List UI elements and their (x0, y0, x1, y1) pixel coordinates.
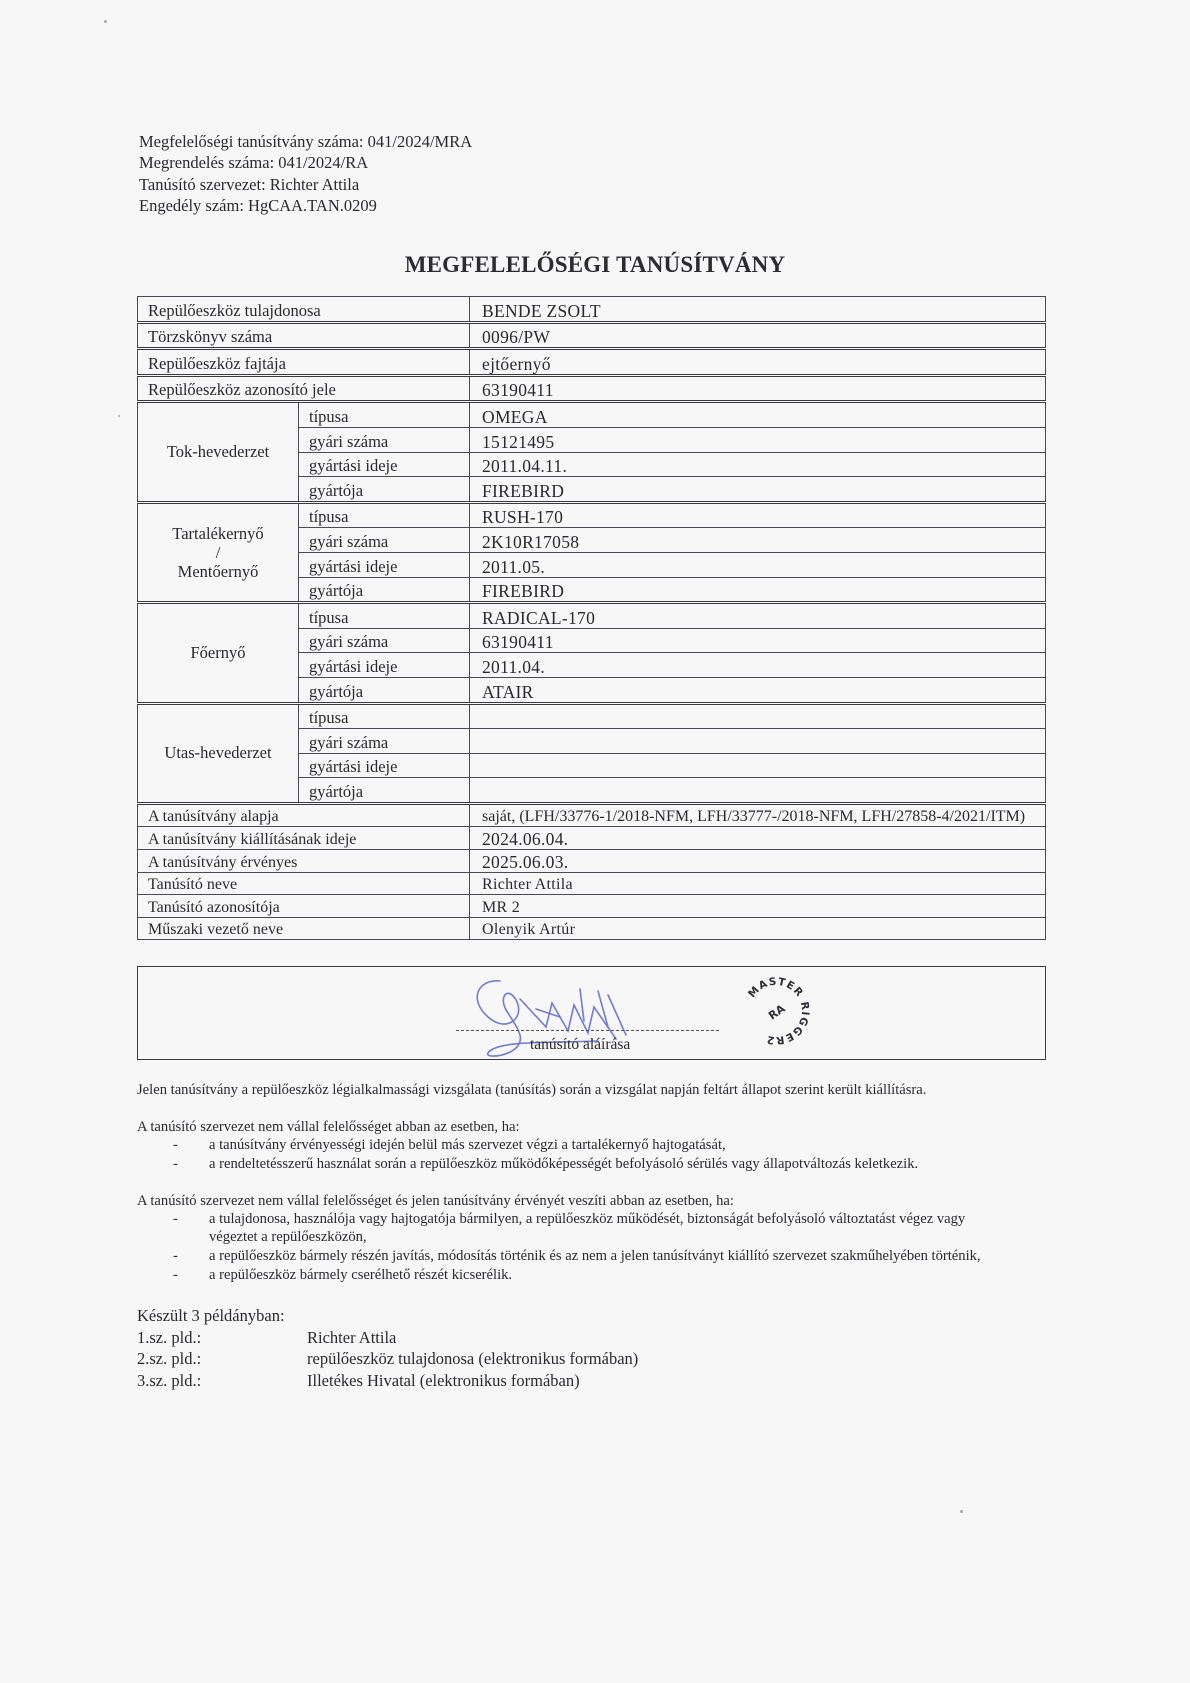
copy-label: 1.sz. pld.: (137, 1327, 201, 1349)
section-reserve-line3: Mentőernyő (138, 562, 298, 581)
table-row: Tok-hevederzet típusa OMEGA (138, 402, 1046, 428)
sub-label-type: típusa (299, 502, 470, 528)
copy-recipient: Illetékes Hivatal (elektronikus formában… (307, 1370, 580, 1392)
certificate-number: Megfelelőségi tanúsítvány száma: 041/202… (139, 131, 472, 152)
sub-label-serial: gyári száma (299, 427, 470, 452)
section-passenger-harness: Utas-hevederzet (138, 703, 299, 803)
aircraft-type-label: Repülőeszköz fajtája (138, 349, 470, 376)
registry-value: 0096/PW (470, 322, 1046, 349)
registry-label: Törzskönyv száma (138, 322, 470, 349)
certificate-table: Repülőeszköz tulajdonosa BENDE ZSOLT Tör… (137, 296, 1046, 940)
table-row: A tanúsítvány alapja saját, (LFH/33776-1… (138, 803, 1046, 827)
table-row: Repülőeszköz azonosító jele 63190411 (138, 375, 1046, 402)
bullet-dash-icon: - (173, 1155, 178, 1173)
sub-label-date: gyártási ideje (299, 452, 470, 477)
sub-label-manufacturer: gyártója (299, 477, 470, 503)
harness-date: 2011.04.11. (470, 452, 1046, 477)
section-main-canopy: Főernyő (138, 603, 299, 703)
sub-label-manufacturer: gyártója (299, 778, 470, 804)
passenger-serial (470, 729, 1046, 754)
reserve-manufacturer: FIREBIRD (470, 577, 1046, 603)
certificate-header: Megfelelőségi tanúsítvány száma: 041/202… (139, 131, 472, 216)
table-row: Utas-hevederzet típusa (138, 703, 1046, 729)
reserve-type: RUSH-170 (470, 502, 1046, 528)
sub-label-type: típusa (299, 603, 470, 629)
sub-label-date: gyártási ideje (299, 653, 470, 678)
section-reserve: Tartalékernyő / Mentőernyő (138, 502, 299, 602)
table-row: Műszaki vezető neve Olenyik Artúr (138, 917, 1046, 940)
bullet-dash-icon: - (173, 1136, 178, 1154)
passenger-date (470, 753, 1046, 778)
certifier-id-label: Tanúsító azonosítója (138, 895, 470, 918)
sub-label-date: gyártási ideje (299, 552, 470, 577)
sub-label-serial: gyári száma (299, 729, 470, 754)
valid-label: A tanúsítvány érvényes (138, 850, 470, 873)
scan-speck (104, 20, 107, 23)
certifier-name-label: Tanúsító neve (138, 872, 470, 895)
copy-recipient: Richter Attila (307, 1327, 396, 1349)
table-row: Tanúsító neve Richter Attila (138, 872, 1046, 895)
aircraft-type-value: ejtőernyő (470, 349, 1046, 376)
signature-box: tanúsító aláírása MASTER RIGGER2 RA (137, 966, 1046, 1060)
statement-paragraph: Jelen tanúsítvány a repülőeszköz légialk… (137, 1081, 926, 1099)
section-reserve-line1: Tartalékernyő (138, 524, 298, 543)
document-title: MEGFELELŐSÉGI TANÚSÍTVÁNY (0, 252, 1190, 278)
main-manufacturer: ATAIR (470, 677, 1046, 703)
issued-value: 2024.06.04. (470, 827, 1046, 850)
aircraft-id-label: Repülőeszköz azonosító jele (138, 375, 470, 402)
disclaimer1-intro: A tanúsító szervezet nem vállal felelőss… (137, 1118, 520, 1136)
passenger-manufacturer (470, 778, 1046, 804)
section-reserve-line2: / (138, 543, 298, 562)
sub-label-serial: gyári száma (299, 528, 470, 553)
table-row: Tartalékernyő / Mentőernyő típusa RUSH-1… (138, 502, 1046, 528)
license-number: Engedély szám: HgCAA.TAN.0209 (139, 195, 472, 216)
sub-label-type: típusa (299, 703, 470, 729)
table-row: Törzskönyv száma 0096/PW (138, 322, 1046, 349)
sub-label-serial: gyári száma (299, 628, 470, 653)
aircraft-id-value: 63190411 (470, 375, 1046, 402)
table-row: A tanúsítvány érvényes 2025.06.03. (138, 850, 1046, 873)
bullet-dash-icon: - (173, 1210, 178, 1228)
issued-label: A tanúsítvány kiállításának ideje (138, 827, 470, 850)
bullet-dash-icon: - (173, 1247, 178, 1265)
master-rigger-stamp-icon: MASTER RIGGER2 RA (738, 973, 814, 1049)
certifier-id-value: MR 2 (470, 895, 1046, 918)
certifier-name-value: Richter Attila (470, 872, 1046, 895)
sub-label-manufacturer: gyártója (299, 677, 470, 703)
main-date: 2011.04. (470, 653, 1046, 678)
table-row: A tanúsítvány kiállításának ideje 2024.0… (138, 827, 1046, 850)
svg-text:RA: RA (766, 1002, 788, 1023)
reserve-date: 2011.05. (470, 552, 1046, 577)
sub-label-type: típusa (299, 402, 470, 428)
order-number: Megrendelés száma: 041/2024/RA (139, 152, 472, 173)
table-row: Tanúsító azonosítója MR 2 (138, 895, 1046, 918)
signature-line (456, 1030, 719, 1031)
harness-manufacturer: FIREBIRD (470, 477, 1046, 503)
table-row: Repülőeszköz tulajdonosa BENDE ZSOLT (138, 297, 1046, 323)
scan-speck (118, 415, 120, 417)
scan-speck (960, 1510, 963, 1513)
section-harness: Tok-hevederzet (138, 402, 299, 502)
basis-value: saját, (LFH/33776-1/2018-NFM, LFH/33777-… (470, 803, 1046, 827)
copy-label: 2.sz. pld.: (137, 1348, 201, 1370)
disclaimer2-intro: A tanúsító szervezet nem vállal felelőss… (137, 1192, 734, 1210)
certifying-organization: Tanúsító szervezet: Richter Attila (139, 174, 472, 195)
harness-serial: 15121495 (470, 427, 1046, 452)
table-row: Repülőeszköz fajtája ejtőernyő (138, 349, 1046, 376)
harness-type: OMEGA (470, 402, 1046, 428)
tech-lead-value: Olenyik Artúr (470, 917, 1046, 940)
basis-label: A tanúsítvány alapja (138, 803, 470, 827)
copy-label: 3.sz. pld.: (137, 1370, 201, 1392)
sub-label-date: gyártási ideje (299, 753, 470, 778)
valid-value: 2025.06.03. (470, 850, 1046, 873)
bullet-dash-icon: - (173, 1266, 178, 1284)
passenger-type (470, 703, 1046, 729)
sub-label-manufacturer: gyártója (299, 577, 470, 603)
owner-label: Repülőeszköz tulajdonosa (138, 297, 470, 323)
owner-value: BENDE ZSOLT (470, 297, 1046, 323)
copy-recipient: repülőeszköz tulajdonosa (elektronikus f… (307, 1348, 638, 1370)
main-serial: 63190411 (470, 628, 1046, 653)
table-row: Főernyő típusa RADICAL-170 (138, 603, 1046, 629)
signature-label: tanúsító aláírása (530, 1036, 630, 1054)
tech-lead-label: Műszaki vezető neve (138, 917, 470, 940)
reserve-serial: 2K10R17058 (470, 528, 1046, 553)
main-type: RADICAL-170 (470, 603, 1046, 629)
